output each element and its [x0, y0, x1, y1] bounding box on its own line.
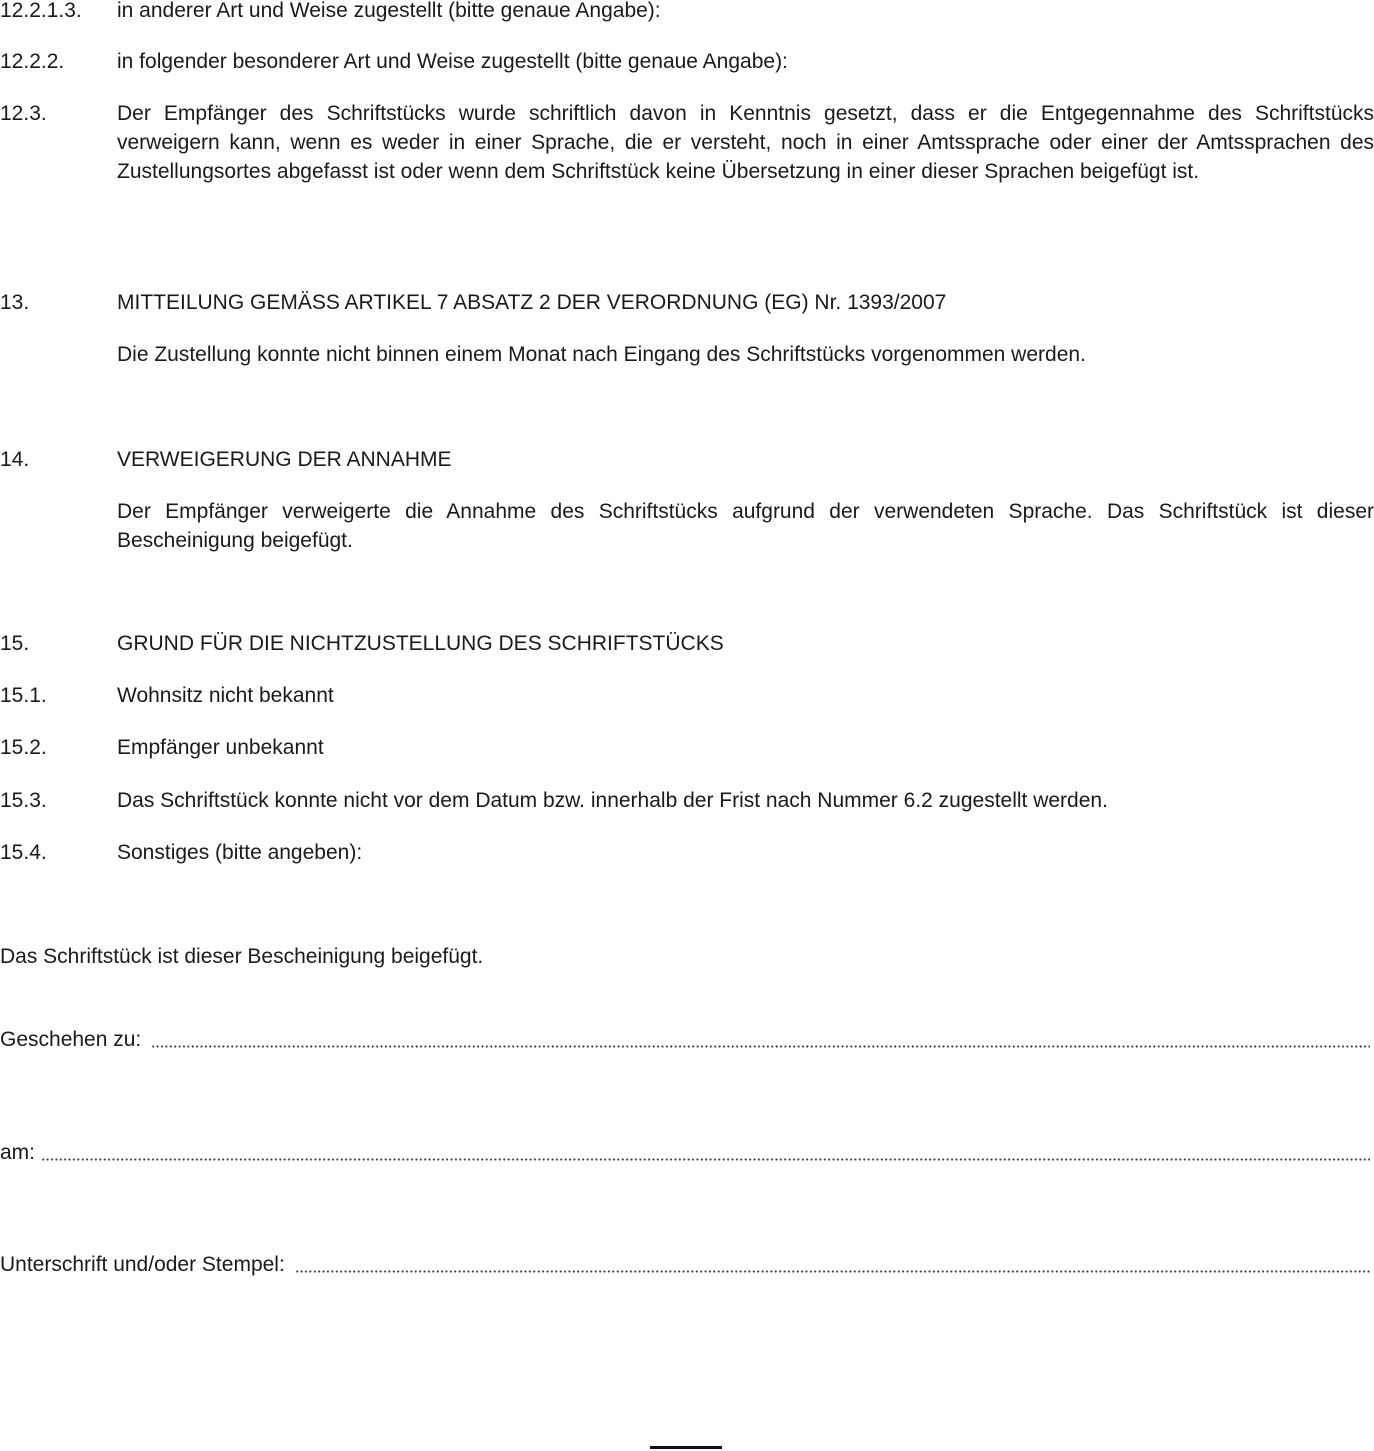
place-input-line[interactable]	[151, 1045, 1370, 1048]
section-number: 14.	[0, 445, 29, 474]
item-number: 12.2.1.3.	[0, 0, 82, 25]
place-label: Geschehen zu:	[0, 1025, 151, 1054]
item-text: in folgender besonderer Art und Weise zu…	[117, 47, 1374, 76]
item-number: 15.2.	[0, 733, 47, 762]
section-heading: MITTEILUNG GEMÄSS ARTIKEL 7 ABSATZ 2 DER…	[117, 288, 1374, 317]
item-text: Der Empfänger des Schriftstücks wurde sc…	[117, 99, 1374, 186]
section-body: Der Empfänger verweigerte die Annahme de…	[117, 497, 1374, 555]
item-number: 12.3.	[0, 99, 47, 128]
item-text: in anderer Art und Weise zugestellt (bit…	[117, 0, 1374, 25]
section-number: 15.	[0, 629, 29, 658]
page-footer-rule	[650, 1446, 722, 1449]
item-text: Das Schriftstück konnte nicht vor dem Da…	[117, 786, 1374, 815]
place-field[interactable]: Geschehen zu:	[0, 1025, 1370, 1054]
date-field[interactable]: am:	[0, 1138, 1370, 1167]
item-number: 15.3.	[0, 786, 47, 815]
section-body: Die Zustellung konnte nicht binnen einem…	[117, 340, 1374, 369]
signature-input-line[interactable]	[295, 1270, 1370, 1273]
attachment-note-text: Das Schriftstück ist dieser Bescheinigun…	[0, 942, 1374, 971]
section-number: 13.	[0, 288, 29, 317]
signature-field[interactable]: Unterschrift und/oder Stempel:	[0, 1250, 1370, 1279]
section-heading: GRUND FÜR DIE NICHTZUSTELLUNG DES SCHRIF…	[117, 629, 1374, 658]
date-input-line[interactable]	[41, 1158, 1370, 1161]
item-number: 12.2.2.	[0, 47, 64, 76]
item-text: Wohnsitz nicht bekannt	[117, 681, 1374, 710]
item-text: Empfänger unbekannt	[117, 733, 1374, 762]
item-number: 15.1.	[0, 681, 47, 710]
section-heading: VERWEIGERUNG DER ANNAHME	[117, 445, 1374, 474]
item-number: 15.4.	[0, 838, 47, 867]
signature-label: Unterschrift und/oder Stempel:	[0, 1250, 295, 1279]
date-label: am:	[0, 1138, 41, 1167]
item-text: Sonstiges (bitte angeben):	[117, 838, 1374, 867]
